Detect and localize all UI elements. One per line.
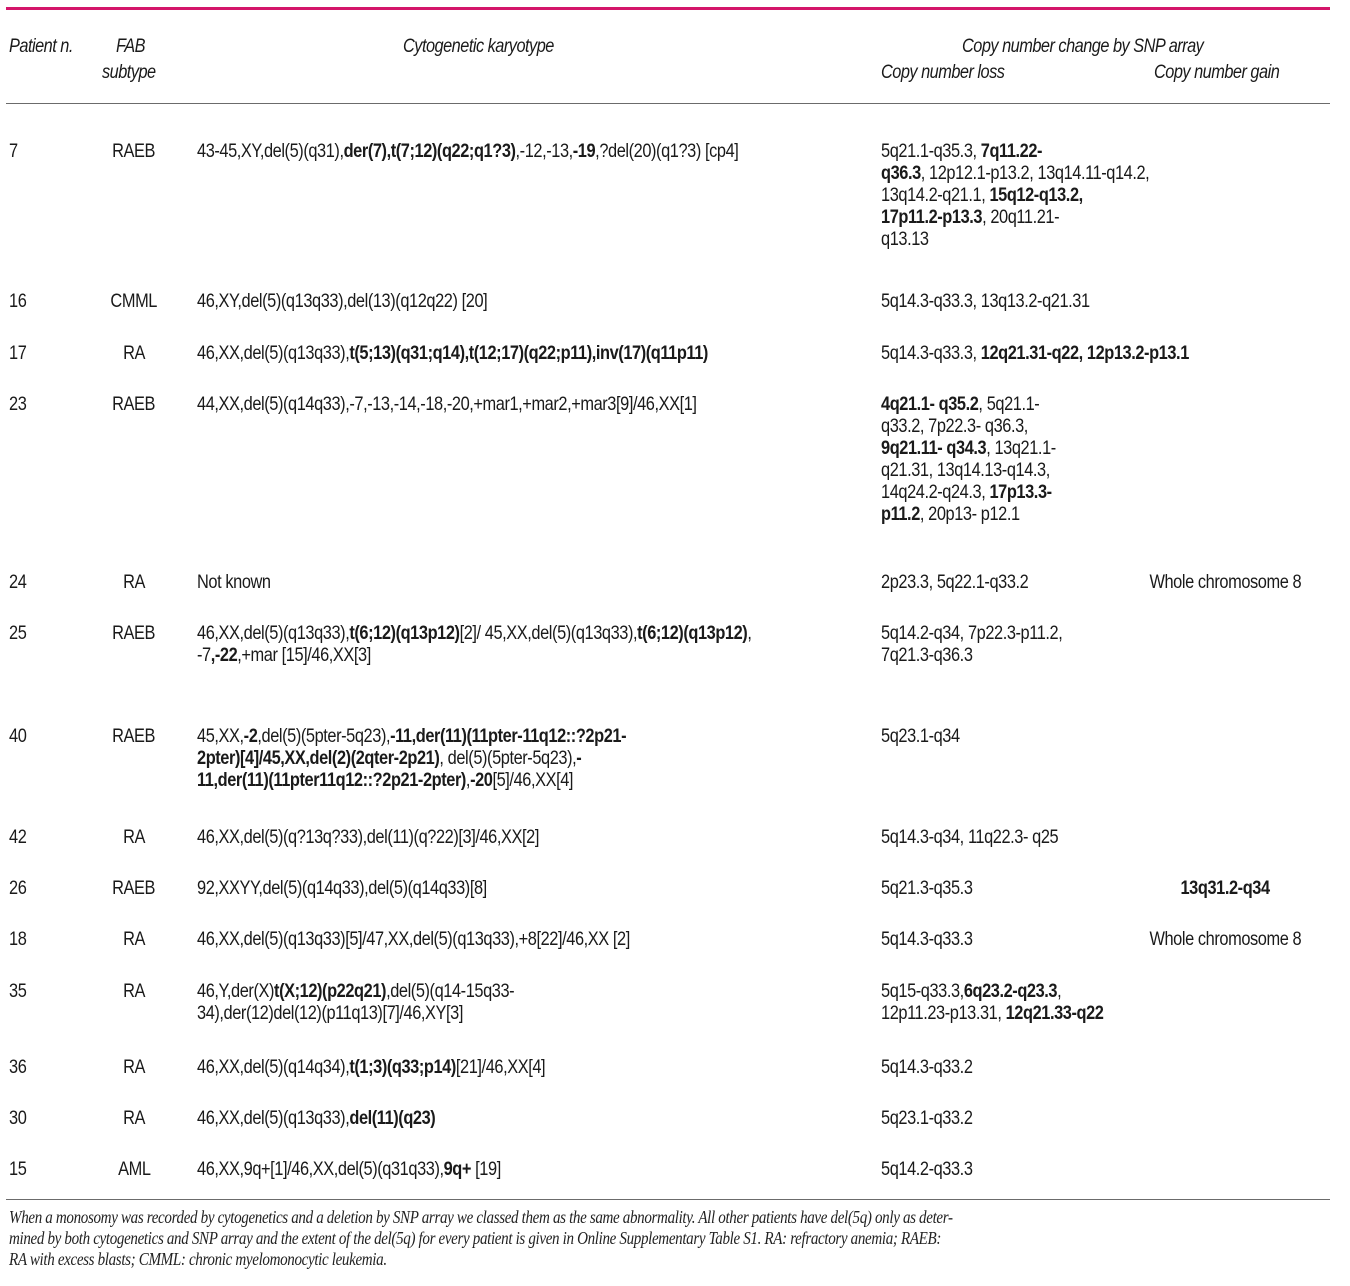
- cell-line: q36.3, 12p12.1-p13.2, 13q14.11-q14.2,: [881, 162, 1149, 184]
- text-segment: Whole chromosome 8: [1149, 928, 1301, 950]
- text-segment: 30: [9, 1107, 26, 1129]
- cell-line: RAEB: [113, 393, 156, 415]
- text-segment: [21]/46,XX[4]: [456, 1056, 545, 1078]
- cytogenetic-karyotype: 46,XY,del(5)(q13q33),del(13)(q12q22) [20…: [197, 290, 543, 312]
- fab-subtype: RAEB: [96, 393, 172, 415]
- fab-subtype: RA: [96, 342, 172, 364]
- cell-line: AML: [118, 1158, 150, 1180]
- text-segment: RAEB: [113, 140, 156, 162]
- cell-line: RAEB: [113, 725, 156, 747]
- fab-subtype: RA: [96, 571, 172, 593]
- patient-number: 17: [9, 342, 30, 364]
- bold-segment: -: [576, 747, 581, 769]
- text-segment: , 20q11.21-: [982, 206, 1059, 228]
- cell-line: RA: [123, 571, 145, 593]
- copy-number-gain: Whole chromosome 8: [1120, 928, 1330, 950]
- fab-subtype: RAEB: [96, 140, 172, 162]
- cytogenetic-karyotype: 46,XX,del(5)(q13q33),del(11)(q23): [197, 1107, 481, 1129]
- cell-line: RAEB: [113, 622, 156, 644]
- bold-segment: -20: [470, 769, 492, 791]
- text-segment: 5q14.3-q34, 11q22.3- q25: [881, 826, 1058, 848]
- text-segment: , 20p13- p12.1: [920, 503, 1020, 525]
- footer-rule: [6, 1199, 1330, 1200]
- bold-segment: 12q21.33-q22: [1006, 1002, 1104, 1024]
- text-segment: Whole chromosome 8: [1149, 571, 1301, 593]
- fab-subtype: AML: [96, 1158, 172, 1180]
- cell-line: 2pter)[4]/45,XX,del(2)(2qter-2p21), del(…: [197, 747, 626, 769]
- cell-line: 5q14.3-q33.3, 13q13.2-q21.31: [881, 290, 1090, 312]
- patient-number: 23: [9, 393, 30, 415]
- text-segment: 13q14.2-q21.1,: [881, 184, 989, 206]
- bold-segment: t(5;13)(q31;q14),t(12;17)(q22;p11),inv(1…: [349, 342, 708, 364]
- cell-line: 46,XX,9q+[1]/46,XX,del(5)(q31q33),9q+ [1…: [197, 1158, 501, 1180]
- copy-number-loss: 5q21.1-q35.3, 7q11.22-q36.3, 12p12.1-p13…: [881, 140, 1200, 250]
- cell-line: RAEB: [113, 140, 156, 162]
- header-rule: [6, 103, 1330, 104]
- text-segment: 5q21.3-q35.3: [881, 877, 973, 899]
- text-segment: 12p11.23-p13.31,: [881, 1002, 1006, 1024]
- cell-line: 18: [9, 928, 26, 950]
- cell-line: 46,Y,der(X)t(X;12)(p22q21),del(5)(q14-15…: [197, 980, 514, 1002]
- cytogenetic-karyotype: 46,Y,der(X)t(X;12)(p22q21),del(5)(q14-15…: [197, 980, 575, 1024]
- copy-number-gain: 13q31.2-q34: [1120, 877, 1330, 899]
- cell-line: 2p23.3, 5q22.1-q33.2: [881, 571, 1028, 593]
- cell-line: 5q14.3-q33.3, 12q21.31-q22, 12p13.2-p13.…: [881, 342, 1189, 364]
- text-segment: 45,XX,: [197, 725, 244, 747]
- cytogenetic-karyotype: 92,XXYY,del(5)(q14q33),del(5)(q14q33)[8]: [197, 877, 542, 899]
- footnote-line: RA with excess blasts; CMML: chronic mye…: [9, 1249, 1144, 1270]
- cell-line: RA: [123, 1056, 145, 1078]
- copy-number-gain: Whole chromosome 8: [1120, 571, 1330, 593]
- cell-line: 7: [9, 140, 18, 162]
- fab-subtype: RA: [96, 826, 172, 848]
- cell-line: 40: [9, 725, 26, 747]
- cytogenetic-karyotype: 46,XX,del(5)(q14q34),t(1;3)(q33;p14)[21]…: [197, 1056, 611, 1078]
- patient-number: 15: [9, 1158, 30, 1180]
- text-segment: RA: [123, 980, 145, 1002]
- bold-segment: 17p11.2-p13.3: [881, 206, 982, 228]
- text-segment: 25: [9, 622, 26, 644]
- top-accent-rule: [6, 7, 1330, 10]
- cell-line: 46,XX,del(5)(q?13q?33),del(11)(q?22)[3]/…: [197, 826, 539, 848]
- bold-segment: -19: [573, 140, 595, 162]
- cell-line: 43-45,XY,del(5)(q31),der(7),t(7;12)(q22;…: [197, 140, 738, 162]
- text-segment: 14q24.2-q24.3,: [881, 481, 989, 503]
- text-segment: RAEB: [113, 725, 156, 747]
- cell-line: 5q14.2-q34, 7p22.3-p11.2,: [881, 622, 1062, 644]
- cell-line: 17p11.2-p13.3, 20q11.21-: [881, 206, 1149, 228]
- text-segment: q21.31, 13q14.13-q14.3,: [881, 459, 1050, 481]
- patient-number: 40: [9, 725, 30, 747]
- bold-segment: -2: [244, 725, 258, 747]
- cytogenetic-karyotype: 44,XX,del(5)(q14q33),-7,-13,-14,-18,-20,…: [197, 393, 792, 415]
- cell-line: 24: [9, 571, 26, 593]
- text-segment: 5q21.1-q35.3,: [881, 140, 981, 162]
- cell-line: 5q21.3-q35.3: [881, 877, 973, 899]
- copy-number-loss: 5q15-q33.3,6q23.2-q23.3,12p11.23-p13.31,…: [881, 980, 1146, 1024]
- cell-line: RA: [123, 342, 145, 364]
- text-segment: , 12p12.1-p13.2, 13q14.11-q14.2,: [921, 162, 1150, 184]
- copy-number-loss: 5q14.2-q34, 7p22.3-p11.2,7q21.3-q36.3: [881, 622, 1097, 666]
- cell-line: Whole chromosome 8: [1149, 928, 1301, 950]
- patient-number: 18: [9, 928, 30, 950]
- header-fab-line1: FAB: [116, 36, 145, 58]
- bold-segment: 12q21.31-q22, 12p13.2-p13.1: [981, 342, 1189, 364]
- text-segment: Not known: [197, 571, 271, 593]
- text-segment: 7: [9, 140, 18, 162]
- text-segment: 5q14.2-q33.3: [881, 1158, 973, 1180]
- copy-number-loss: 5q14.2-q33.3: [881, 1158, 990, 1180]
- text-segment: ,?del(20)(q1?3) [cp4]: [595, 140, 738, 162]
- text-segment: ,: [1057, 980, 1061, 1002]
- cell-line: 14q24.2-q24.3, 17p13.3-: [881, 481, 1056, 503]
- text-segment: 26: [9, 877, 26, 899]
- patient-number: 42: [9, 826, 30, 848]
- text-segment: RA: [123, 342, 145, 364]
- text-segment: 46,XX,del(5)(q13q33)[5]/47,XX,del(5)(q13…: [197, 928, 630, 950]
- footnote-line: When a monosomy was recorded by cytogene…: [9, 1207, 1144, 1228]
- cytogenetic-karyotype: 46,XX,del(5)(q13q33),t(5;13)(q31;q14),t(…: [197, 342, 805, 364]
- text-segment: 7q21.3-q36.3: [881, 644, 973, 666]
- header-fab-line2: subtype: [102, 62, 156, 84]
- cell-line: RA: [123, 1107, 145, 1129]
- cell-line: 15: [9, 1158, 26, 1180]
- text-segment: ,del(5)(5pter-5q23),: [257, 725, 390, 747]
- patient-number: 35: [9, 980, 30, 1002]
- text-segment: ,del(5)(q14-15q33-: [386, 980, 514, 1002]
- text-segment: , 13q21.1-: [986, 437, 1056, 459]
- bold-segment: 9q21.11- q34.3: [881, 437, 986, 459]
- text-segment: RA: [123, 1107, 145, 1129]
- bold-segment: del(11)(q23): [349, 1107, 435, 1129]
- cell-line: 46,XX,del(5)(q14q34),t(1;3)(q33;p14)[21]…: [197, 1056, 545, 1078]
- text-segment: [2]/ 45,XX,del(5)(q13q33),: [460, 622, 638, 644]
- cell-line: 46,XX,del(5)(q13q33),t(6;12)(q13p12)[2]/…: [197, 622, 751, 644]
- cell-line: q33.2, 7p22.3- q36.3,: [881, 415, 1056, 437]
- cell-line: 13q14.2-q21.1, 15q12-q13.2,: [881, 184, 1149, 206]
- text-segment: 40: [9, 725, 26, 747]
- cell-line: 5q14.3-q34, 11q22.3- q25: [881, 826, 1058, 848]
- cell-line: 5q14.2-q33.3: [881, 1158, 973, 1180]
- text-segment: -7: [197, 644, 211, 666]
- text-segment: , 5q21.1-: [978, 393, 1039, 415]
- header-karyotype: Cytogenetic karyotype: [403, 36, 554, 58]
- fab-subtype: CMML: [96, 290, 172, 312]
- text-segment: 23: [9, 393, 26, 415]
- text-segment: 46,XX,del(5)(q13q33),: [197, 622, 349, 644]
- cytogenetic-karyotype: 46,XX,del(5)(q13q33)[5]/47,XX,del(5)(q13…: [197, 928, 712, 950]
- cell-line: 36: [9, 1056, 26, 1078]
- bold-segment: -11,der(11)(11pter-11q12::?2p21-: [390, 725, 626, 747]
- text-segment: 34),der(12)del(12)(p11q13)[7]/46,XY[3]: [197, 1002, 463, 1024]
- cell-line: 17: [9, 342, 26, 364]
- copy-number-loss: 5q14.3-q33.3, 13q13.2-q21.31: [881, 290, 1129, 312]
- patient-number: 16: [9, 290, 30, 312]
- cell-line: 7q21.3-q36.3: [881, 644, 1062, 666]
- text-segment: 5q14.3-q33.3, 13q13.2-q21.31: [881, 290, 1090, 312]
- cell-line: 30: [9, 1107, 26, 1129]
- cell-line: 46,XY,del(5)(q13q33),del(13)(q12q22) [20…: [197, 290, 487, 312]
- patient-number: 24: [9, 571, 30, 593]
- cell-line: 92,XXYY,del(5)(q14q33),del(5)(q14q33)[8]: [197, 877, 487, 899]
- cell-line: 23: [9, 393, 26, 415]
- text-segment: ,: [747, 622, 751, 644]
- header-copy-gain: Copy number gain: [1154, 62, 1279, 84]
- cell-line: 9q21.11- q34.3, 13q21.1-: [881, 437, 1056, 459]
- bold-segment: t(6;12)(q13p12): [349, 622, 459, 644]
- text-segment: CMML: [111, 290, 158, 312]
- bold-segment: 4q21.1- q35.2: [881, 393, 978, 415]
- text-segment: 44,XX,del(5)(q14q33),-7,-13,-14,-18,-20,…: [197, 393, 697, 415]
- text-segment: RA: [123, 1056, 145, 1078]
- text-segment: RAEB: [113, 877, 156, 899]
- copy-number-loss: 4q21.1- q35.2, 5q21.1-q33.2, 7p22.3- q36…: [881, 393, 1089, 525]
- cell-line: 5q14.3-q33.3: [881, 928, 973, 950]
- copy-number-loss: 5q23.1-q33.2: [881, 1107, 990, 1129]
- text-segment: 92,XXYY,del(5)(q14q33),del(5)(q14q33)[8]: [197, 877, 487, 899]
- text-segment: RA: [123, 571, 145, 593]
- cell-line: -7,-22,+mar [15]/46,XX[3]: [197, 644, 751, 666]
- cell-line: Not known: [197, 571, 271, 593]
- cell-line: RA: [123, 826, 145, 848]
- footnote-line: mined by both cytogenetics and SNP array…: [9, 1228, 1144, 1249]
- cell-line: 16: [9, 290, 26, 312]
- text-segment: , del(5)(5pter-5q23),: [439, 747, 576, 769]
- cell-line: 13q31.2-q34: [1180, 877, 1269, 899]
- cell-line: p11.2, 20p13- p12.1: [881, 503, 1056, 525]
- text-segment: ,-12,-13,: [516, 140, 573, 162]
- fab-subtype: RAEB: [96, 725, 172, 747]
- text-segment: 46,XX,9q+[1]/46,XX,del(5)(q31q33),: [197, 1158, 444, 1180]
- copy-number-loss: 5q14.3-q33.2: [881, 1056, 990, 1078]
- text-segment: 17: [9, 342, 26, 364]
- cell-line: 44,XX,del(5)(q14q33),-7,-13,-14,-18,-20,…: [197, 393, 697, 415]
- cell-line: RA: [123, 928, 145, 950]
- cell-line: 5q23.1-q33.2: [881, 1107, 973, 1129]
- cytogenetic-karyotype: 46,XX,del(5)(q?13q?33),del(11)(q?22)[3]/…: [197, 826, 604, 848]
- text-segment: RA: [123, 928, 145, 950]
- bold-segment: 17p13.3-: [989, 481, 1051, 503]
- fab-subtype: RA: [96, 928, 172, 950]
- bold-segment: ,-22: [211, 644, 238, 666]
- fab-subtype: RAEB: [96, 622, 172, 644]
- copy-number-loss: 5q14.3-q33.3: [881, 928, 990, 950]
- text-segment: RAEB: [113, 622, 156, 644]
- cytogenetic-karyotype: 43-45,XY,del(5)(q31),der(7),t(7;12)(q22;…: [197, 140, 842, 162]
- text-segment: ,+mar [15]/46,XX[3]: [237, 644, 371, 666]
- cell-line: 11,der(11)(11pter11q12::?2p21-2pter),-20…: [197, 769, 626, 791]
- bold-segment: 13q31.2-q34: [1180, 877, 1269, 899]
- bold-segment: 11,der(11)(11pter11q12::?2p21-2pter): [197, 769, 466, 791]
- text-segment: [19]: [471, 1158, 501, 1180]
- text-segment: 46,XX,del(5)(q13q33),: [197, 1107, 349, 1129]
- cell-line: 25: [9, 622, 26, 644]
- copy-number-loss: 5q14.3-q34, 11q22.3- q25: [881, 826, 1092, 848]
- fab-subtype: RAEB: [96, 877, 172, 899]
- bold-segment: q36.3: [881, 162, 921, 184]
- text-segment: 15: [9, 1158, 26, 1180]
- bold-segment: p11.2: [881, 503, 920, 525]
- text-segment: [5]/46,XX[4]: [492, 769, 573, 791]
- patient-number: 30: [9, 1107, 30, 1129]
- cell-line: CMML: [111, 290, 158, 312]
- cytogenetic-karyotype: 46,XX,9q+[1]/46,XX,del(5)(q31q33),9q+ [1…: [197, 1158, 559, 1180]
- copy-number-loss: 2p23.3, 5q22.1-q33.2: [881, 571, 1056, 593]
- cell-line: 12p11.23-p13.31, 12q21.33-q22: [881, 1002, 1103, 1024]
- cell-line: 35: [9, 980, 26, 1002]
- cell-line: 5q21.1-q35.3, 7q11.22-: [881, 140, 1149, 162]
- text-segment: 16: [9, 290, 26, 312]
- fab-subtype: RA: [96, 1107, 172, 1129]
- text-segment: 35: [9, 980, 26, 1002]
- copy-number-loss: 5q14.3-q33.3, 12q21.31-q22, 12p13.2-p13.…: [881, 342, 1248, 364]
- cell-line: 46,XX,del(5)(q13q33),t(5;13)(q31;q14),t(…: [197, 342, 708, 364]
- text-segment: 46,Y,der(X): [197, 980, 274, 1002]
- text-segment: 24: [9, 571, 26, 593]
- text-segment: AML: [118, 1158, 150, 1180]
- table-footnote: When a monosomy was recorded by cytogene…: [9, 1207, 1329, 1270]
- cell-line: 5q14.3-q33.2: [881, 1056, 973, 1078]
- text-segment: 2p23.3, 5q22.1-q33.2: [881, 571, 1028, 593]
- cytogenetic-karyotype: 45,XX,-2,del(5)(5pter-5q23),-11,der(11)(…: [197, 725, 708, 791]
- text-segment: RAEB: [113, 393, 156, 415]
- copy-number-loss: 5q23.1-q34: [881, 725, 975, 747]
- cell-line: 42: [9, 826, 26, 848]
- cell-line: q21.31, 13q14.13-q14.3,: [881, 459, 1056, 481]
- text-segment: 5q14.3-q33.3,: [881, 342, 981, 364]
- text-segment: 43-45,XY,del(5)(q31),: [197, 140, 344, 162]
- bold-segment: der(7),t(7;12)(q22;q1?3): [344, 140, 516, 162]
- text-segment: 46,XX,del(5)(q13q33),: [197, 342, 349, 364]
- cell-line: 5q15-q33.3,6q23.2-q23.3,: [881, 980, 1103, 1002]
- fab-subtype: RA: [96, 1056, 172, 1078]
- text-segment: 5q14.3-q33.2: [881, 1056, 973, 1078]
- cell-line: 5q23.1-q34: [881, 725, 960, 747]
- text-segment: 5q14.3-q33.3: [881, 928, 973, 950]
- cell-line: 4q21.1- q35.2, 5q21.1-: [881, 393, 1056, 415]
- text-segment: 5q15-q33.3,: [881, 980, 964, 1002]
- bold-segment: 9q+: [444, 1158, 471, 1180]
- copy-number-loss: 5q21.3-q35.3: [881, 877, 990, 899]
- patient-number: 26: [9, 877, 30, 899]
- fab-subtype: RA: [96, 980, 172, 1002]
- bold-segment: 6q23.2-q23.3: [964, 980, 1057, 1002]
- cell-line: 34),der(12)del(12)(p11q13)[7]/46,XY[3]: [197, 1002, 514, 1024]
- text-segment: 36: [9, 1056, 26, 1078]
- text-segment: q33.2, 7p22.3- q36.3,: [881, 415, 1028, 437]
- cell-line: Whole chromosome 8: [1149, 571, 1301, 593]
- header-patient: Patient n.: [9, 36, 73, 58]
- text-segment: 46,XX,del(5)(q14q34),: [197, 1056, 349, 1078]
- cell-line: RAEB: [113, 877, 156, 899]
- cytogenetic-karyotype: Not known: [197, 571, 285, 593]
- cell-line: 46,XX,del(5)(q13q33)[5]/47,XX,del(5)(q13…: [197, 928, 630, 950]
- cell-line: RA: [123, 980, 145, 1002]
- bold-segment: t(1;3)(q33;p14): [349, 1056, 456, 1078]
- text-segment: 46,XY,del(5)(q13q33),del(13)(q12q22) [20…: [197, 290, 487, 312]
- text-segment: 18: [9, 928, 26, 950]
- text-segment: 5q14.2-q34, 7p22.3-p11.2,: [881, 622, 1062, 644]
- cell-line: 45,XX,-2,del(5)(5pter-5q23),-11,der(11)(…: [197, 725, 626, 747]
- header-snp-group: Copy number change by SNP array: [962, 36, 1203, 58]
- text-segment: 46,XX,del(5)(q?13q?33),del(11)(q?22)[3]/…: [197, 826, 539, 848]
- text-segment: 42: [9, 826, 26, 848]
- cell-line: q13.13: [881, 228, 1149, 250]
- header-copy-loss: Copy number loss: [881, 62, 1004, 84]
- patient-number: 36: [9, 1056, 30, 1078]
- cell-line: 26: [9, 877, 26, 899]
- text-segment: q13.13: [881, 228, 929, 250]
- bold-segment: 7q11.22-: [981, 140, 1042, 162]
- bold-segment: t(X;12)(p22q21): [274, 980, 386, 1002]
- bold-segment: 2pter)[4]/45,XX,del(2)(2qter-2p21): [197, 747, 439, 769]
- cytogenetic-karyotype: 46,XX,del(5)(q13q33),t(6;12)(q13p12)[2]/…: [197, 622, 857, 666]
- bold-segment: 15q12-q13.2,: [989, 184, 1082, 206]
- patient-number: 25: [9, 622, 30, 644]
- text-segment: 5q23.1-q33.2: [881, 1107, 973, 1129]
- bold-segment: t(6;12)(q13p12): [637, 622, 747, 644]
- patient-number: 7: [9, 140, 19, 162]
- cell-line: 46,XX,del(5)(q13q33),del(11)(q23): [197, 1107, 435, 1129]
- text-segment: 5q23.1-q34: [881, 725, 960, 747]
- text-segment: RA: [123, 826, 145, 848]
